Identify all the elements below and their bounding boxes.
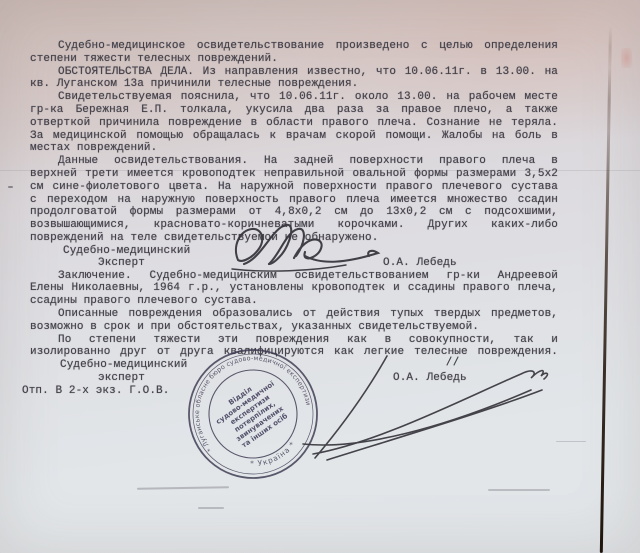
text-line: Данные освидетельствования. На задней по…: [58, 155, 558, 168]
text-line: см сине-фиолетового цвета. На наружной п…: [30, 181, 558, 194]
document-page: Судебно-медицинское освидетельствование …: [0, 0, 640, 553]
text-line: кв. Луганском 13а причинили телесные пов…: [30, 78, 558, 91]
signature-1: [228, 220, 388, 275]
stamp-country-text: * Україна *: [247, 438, 301, 474]
text-line: степени тяжести телесных повреждений.: [30, 53, 558, 66]
signature-2: [295, 350, 565, 465]
text-line: ссадины правого плечевого сустава.: [30, 295, 558, 308]
scan-smudge: [621, 48, 632, 68]
text-line: Елены Николаевны, 1964 г.р., установлены…: [30, 282, 558, 295]
text-line: гр-ка Бережная Е.П. толкала, укусила два…: [30, 104, 558, 117]
scan-artifact-mark: [8, 186, 13, 188]
text-line: За медицинской помощью обращалась к врач…: [30, 130, 558, 143]
text-line: Свидетельствуемая пояснила, что 10.06.11…: [58, 91, 558, 104]
text-line: возможно в срок и при обстоятельствах, у…: [30, 321, 558, 334]
scan-artifact-mark: [198, 507, 224, 509]
scan-artifact-mark: [488, 489, 550, 491]
text-line: ОБСТОЯТЕЛЬСТВА ДЕЛА. Из направления изве…: [58, 66, 558, 79]
stamp-center-text: Відділ судово-медичної експертизи потерп…: [210, 373, 296, 454]
pen-tick-marks: [447, 357, 458, 365]
text-line: Судебно-медицинское освидетельствование …: [58, 40, 558, 53]
text-line: О.А. Лебедь: [383, 257, 558, 270]
text-line: отверткой причинила повреждение в област…: [30, 117, 558, 130]
text-line: Описанные повреждения образовались от де…: [58, 308, 558, 321]
scan-crease-line: [0, 170, 640, 171]
text-line: с переходом на наружную поверхность прав…: [30, 194, 558, 207]
text-line: продолговатой формы размерами от 4,8х0,2…: [30, 206, 558, 219]
text-line: местах повреждений.: [30, 142, 558, 155]
